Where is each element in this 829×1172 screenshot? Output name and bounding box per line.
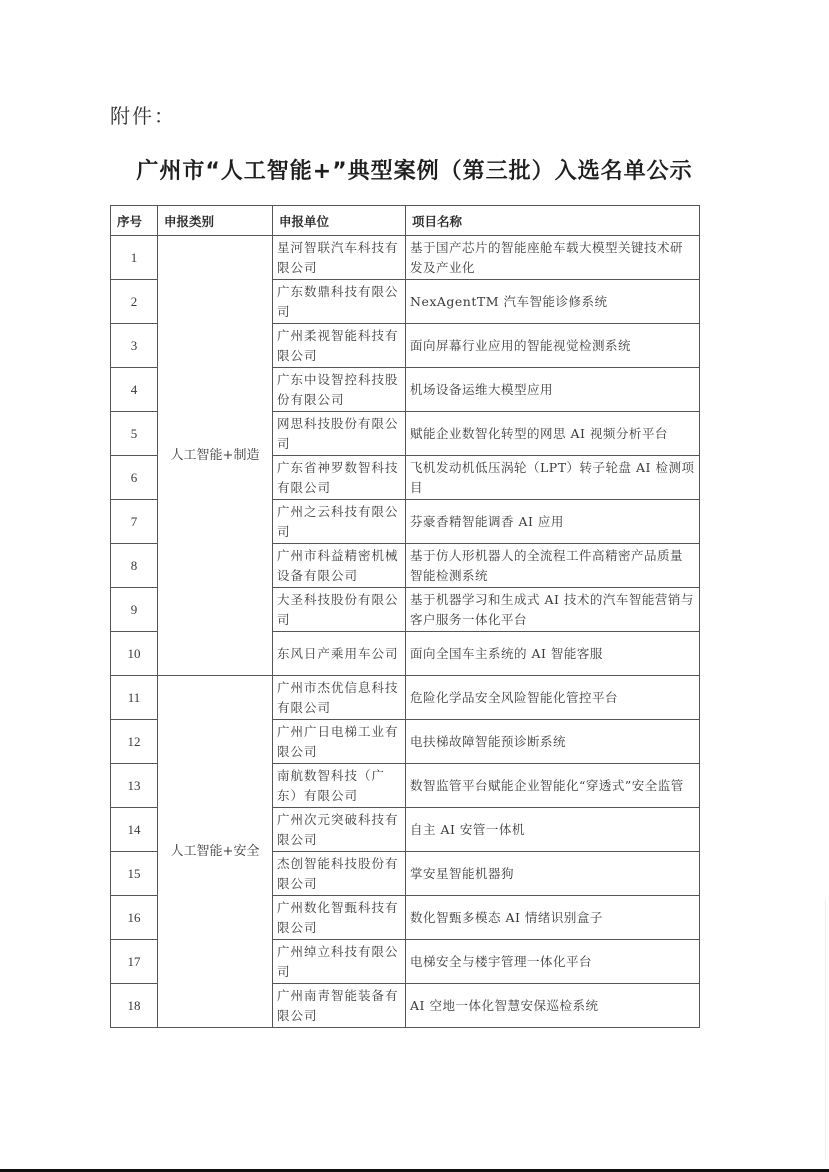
row-number: 14 bbox=[111, 808, 158, 852]
project-cell: 芬豪香精智能调香 AI 应用 bbox=[406, 500, 700, 544]
unit-cell: 广州市科益精密机械设备有限公司 bbox=[273, 544, 406, 588]
project-cell: 基于仿人形机器人的全流程工件高精密产品质量智能检测系统 bbox=[406, 544, 700, 588]
row-number: 2 bbox=[111, 280, 158, 324]
project-cell: 面向全国车主系统的 AI 智能客服 bbox=[406, 632, 700, 676]
unit-cell: 广州市杰优信息科技有限公司 bbox=[273, 676, 406, 720]
unit-cell: 广州数化智甄科技有限公司 bbox=[273, 896, 406, 940]
unit-cell: 杰创智能科技股份有限公司 bbox=[273, 852, 406, 896]
selection-list-table: 序号 申报类别 申报单位 项目名称 1 人工智能+制造 星河智联汽车科技有限公司… bbox=[110, 205, 700, 1028]
row-number: 8 bbox=[111, 544, 158, 588]
row-number: 13 bbox=[111, 764, 158, 808]
row-number: 16 bbox=[111, 896, 158, 940]
row-number: 15 bbox=[111, 852, 158, 896]
row-number: 3 bbox=[111, 324, 158, 368]
unit-cell: 广州南靑智能装备有限公司 bbox=[273, 984, 406, 1028]
unit-cell: 南航数智科技（广东）有限公司 bbox=[273, 764, 406, 808]
unit-cell: 广州之云科技有限公司 bbox=[273, 500, 406, 544]
table-row: 1 人工智能+制造 星河智联汽车科技有限公司 基于国产芯片的智能座舱车载大模型关… bbox=[111, 236, 700, 280]
project-cell: 面向屏幕行业应用的智能视觉检测系统 bbox=[406, 324, 700, 368]
project-cell: 危险化学品安全风险智能化管控平台 bbox=[406, 676, 700, 720]
document-title: 广州市“人工智能+”典型案例（第三批）入选名单公示 bbox=[0, 154, 829, 185]
row-number: 11 bbox=[111, 676, 158, 720]
header-project: 项目名称 bbox=[406, 206, 700, 236]
unit-cell: 广州柔视智能科技有限公司 bbox=[273, 324, 406, 368]
row-number: 10 bbox=[111, 632, 158, 676]
row-number: 6 bbox=[111, 456, 158, 500]
unit-cell: 广东中设智控科技股份有限公司 bbox=[273, 368, 406, 412]
project-cell: 数智监管平台赋能企业智能化“穿透式”安全监管 bbox=[406, 764, 700, 808]
header-category: 申报类别 bbox=[158, 206, 273, 236]
unit-cell: 广州次元突破科技有限公司 bbox=[273, 808, 406, 852]
project-cell: 基于国产芯片的智能座舱车载大模型关键技术研发及产业化 bbox=[406, 236, 700, 280]
unit-cell: 广东数鼎科技有限公司 bbox=[273, 280, 406, 324]
unit-cell: 星河智联汽车科技有限公司 bbox=[273, 236, 406, 280]
unit-cell: 广州广日电梯工业有限公司 bbox=[273, 720, 406, 764]
scan-edge-shadow bbox=[825, 900, 826, 1160]
project-cell: 电扶梯故障智能预诊断系统 bbox=[406, 720, 700, 764]
project-cell: 掌安星智能机器狗 bbox=[406, 852, 700, 896]
project-cell: 电梯安全与楼宇管理一体化平台 bbox=[406, 940, 700, 984]
project-cell: 飞机发动机低压涡轮（LPT）转子轮盘 AI 检测项目 bbox=[406, 456, 700, 500]
row-number: 17 bbox=[111, 940, 158, 984]
unit-cell: 大圣科技股份有限公司 bbox=[273, 588, 406, 632]
row-number: 12 bbox=[111, 720, 158, 764]
row-number: 18 bbox=[111, 984, 158, 1028]
project-cell: 基于机器学习和生成式 AI 技术的汽车智能营销与客户服务一体化平台 bbox=[406, 588, 700, 632]
unit-cell: 网思科技股份有限公司 bbox=[273, 412, 406, 456]
project-cell: 赋能企业数智化转型的网思 AI 视频分析平台 bbox=[406, 412, 700, 456]
category-cell: 人工智能+安全 bbox=[158, 676, 273, 1028]
header-no: 序号 bbox=[111, 206, 158, 236]
project-cell: 自主 AI 安管一体机 bbox=[406, 808, 700, 852]
row-number: 5 bbox=[111, 412, 158, 456]
row-number: 4 bbox=[111, 368, 158, 412]
project-cell: 数化智甄多模态 AI 情绪识别盒子 bbox=[406, 896, 700, 940]
unit-cell: 广州绰立科技有限公司 bbox=[273, 940, 406, 984]
project-cell: NexAgentTM 汽车智能诊修系统 bbox=[406, 280, 700, 324]
header-unit: 申报单位 bbox=[273, 206, 406, 236]
row-number: 1 bbox=[111, 236, 158, 280]
project-cell: 机场设备运维大模型应用 bbox=[406, 368, 700, 412]
category-cell: 人工智能+制造 bbox=[158, 236, 273, 676]
row-number: 7 bbox=[111, 500, 158, 544]
table-header-row: 序号 申报类别 申报单位 项目名称 bbox=[111, 206, 700, 236]
unit-cell: 东风日产乘用车公司 bbox=[273, 632, 406, 676]
attachment-label: 附件： bbox=[110, 100, 176, 129]
table-row: 11 人工智能+安全 广州市杰优信息科技有限公司 危险化学品安全风险智能化管控平… bbox=[111, 676, 700, 720]
row-number: 9 bbox=[111, 588, 158, 632]
unit-cell: 广东省神罗数智科技有限公司 bbox=[273, 456, 406, 500]
project-cell: AI 空地一体化智慧安保巡检系统 bbox=[406, 984, 700, 1028]
